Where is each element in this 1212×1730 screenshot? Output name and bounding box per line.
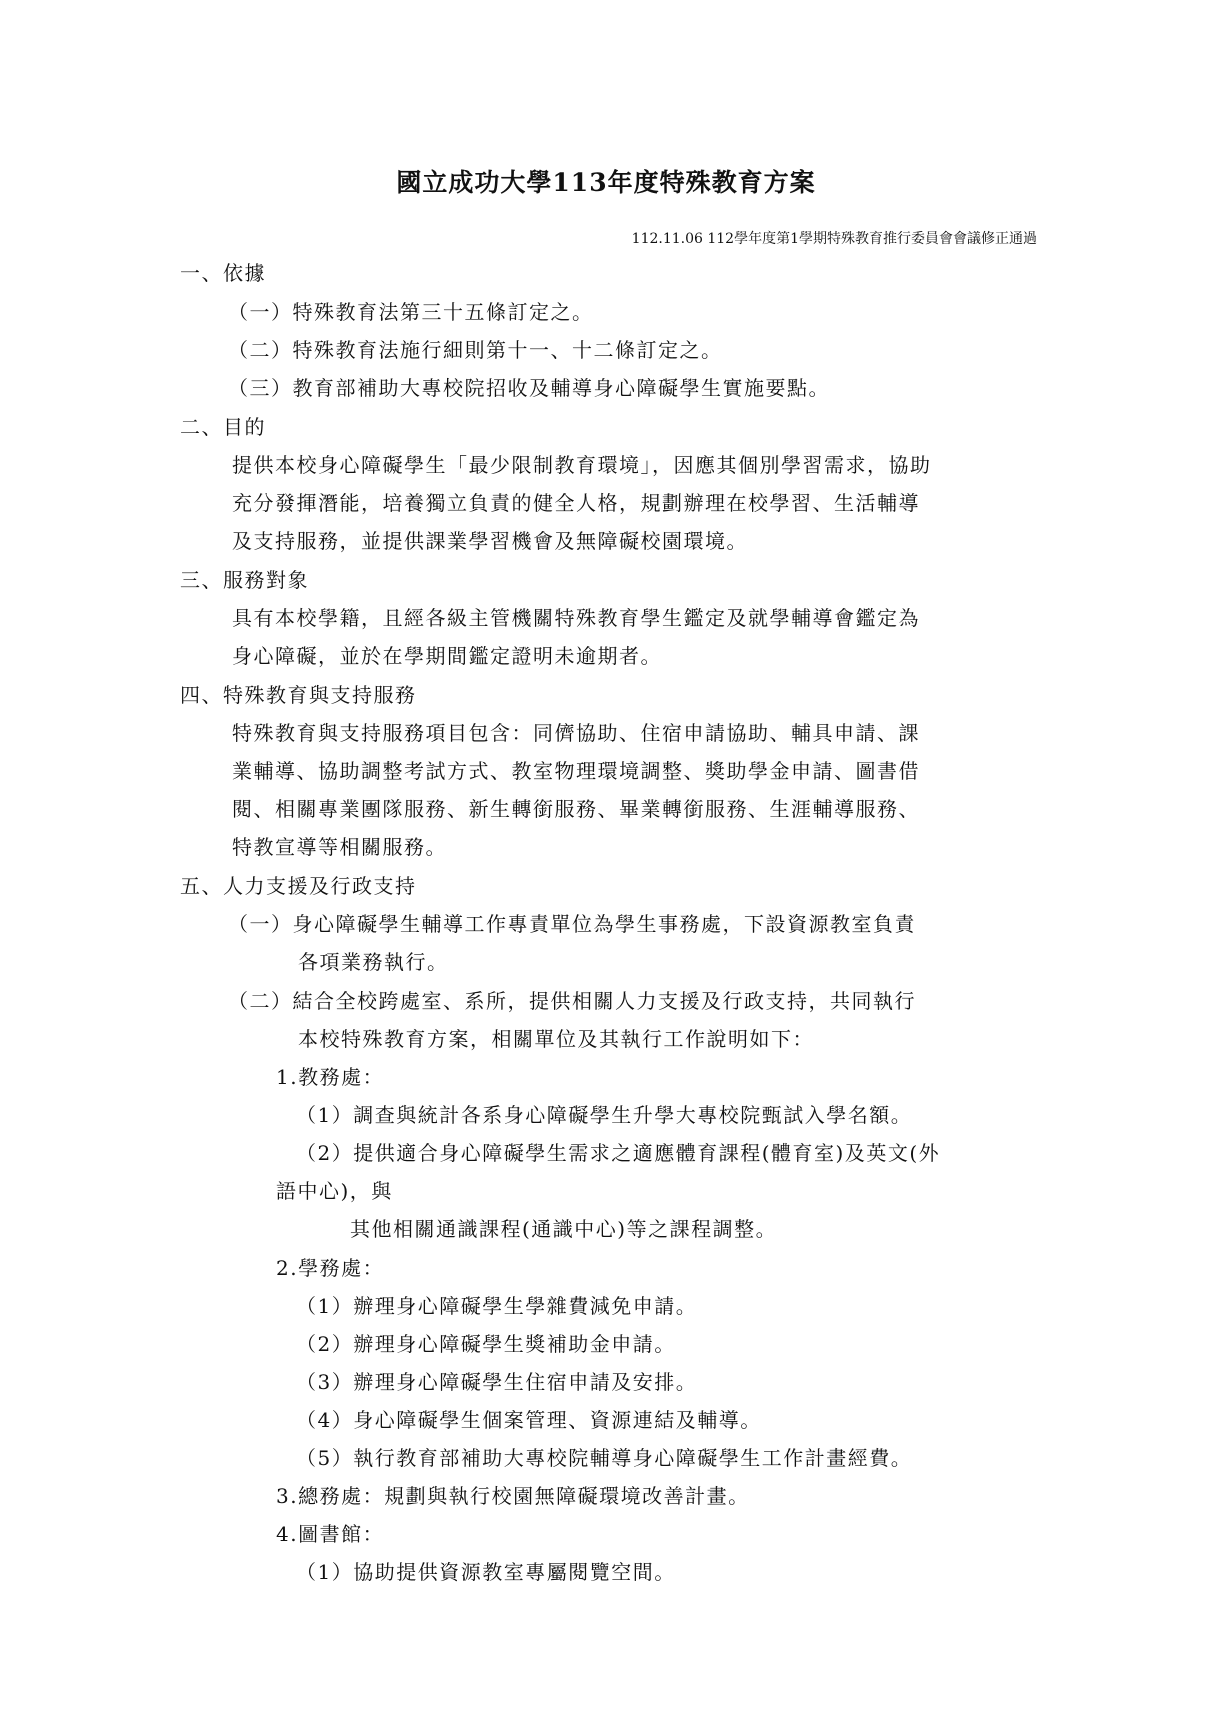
unit-label: 4.圖書館： xyxy=(276,1519,384,1549)
paragraph-line: 提供本校身心障礙學生「最少限制教育環境」，因應其個別學習需求，協助 xyxy=(232,450,932,480)
paragraph-line: 具有本校學籍，且經各級主管機關特殊教育學生鑑定及就學輔導會鑑定為 xyxy=(232,603,920,633)
unit-task: （4）身心障礙學生個案管理、資源連結及輔導。 xyxy=(296,1405,762,1435)
list-item: （二）結合全校跨處室、系所，提供相關人力支援及行政支持，共同執行 xyxy=(228,986,916,1016)
document-subtitle: 112.11.06 112學年度第1學期特殊教育推行委員會會議修正通過 xyxy=(632,228,1037,250)
unit-label: 2.學務處： xyxy=(276,1253,384,1283)
section-heading: 一、依據 xyxy=(180,258,266,288)
section-heading: 三、服務對象 xyxy=(180,565,309,595)
section-heading: 四、特殊教育與支持服務 xyxy=(180,680,417,710)
unit-label: 3.總務處：規劃與執行校園無障礙環境改善計畫。 xyxy=(276,1481,750,1511)
paragraph-line: 閱、相關專業團隊服務、新生轉銜服務、畢業轉銜服務、生涯輔導服務、 xyxy=(232,794,920,824)
paragraph-line: 特殊教育與支持服務項目包含：同儕協助、住宿申請協助、輔具申請、課 xyxy=(232,718,920,748)
section-heading: 二、目的 xyxy=(180,412,266,442)
paragraph-line: 充分發揮潛能，培養獨立負責的健全人格，規劃辦理在校學習、生活輔導 xyxy=(232,488,920,518)
unit-label: 1.教務處： xyxy=(276,1062,384,1092)
list-item-continuation: 本校特殊教育方案，相關單位及其執行工作說明如下： xyxy=(298,1024,814,1054)
paragraph-line: 業輔導、協助調整考試方式、教室物理環境調整、獎助學金申請、圖書借 xyxy=(232,756,920,786)
unit-task: （1）協助提供資源教室專屬閱覽空間。 xyxy=(296,1557,676,1587)
unit-task: （3）辦理身心障礙學生住宿申請及安排。 xyxy=(296,1367,697,1397)
list-item: （三）教育部補助大專校院招收及輔導身心障礙學生實施要點。 xyxy=(228,373,830,403)
list-item-continuation: 各項業務執行。 xyxy=(298,947,449,977)
list-item: （一）身心障礙學生輔導工作專責單位為學生事務處，下設資源教室負責 xyxy=(228,909,916,939)
unit-task: （5）執行教育部補助大專校院輔導身心障礙學生工作計畫經費。 xyxy=(296,1443,912,1473)
list-item: （一）特殊教育法第三十五條訂定之。 xyxy=(228,297,594,327)
section-heading: 五、人力支援及行政支持 xyxy=(180,871,417,901)
paragraph-line: 及支持服務，並提供課業學習機會及無障礙校園環境。 xyxy=(232,526,748,556)
paragraph-line: 身心障礙，並於在學期間鑑定證明未逾期者。 xyxy=(232,641,662,671)
document-page: 國立成功大學113年度特殊教育方案 112.11.06 112學年度第1學期特殊… xyxy=(0,0,1212,1730)
unit-task-continuation: 語中心)，與 xyxy=(276,1176,393,1206)
list-item: （二）特殊教育法施行細則第十一、十二條訂定之。 xyxy=(228,335,723,365)
paragraph-line: 特教宣導等相關服務。 xyxy=(232,832,447,862)
unit-task: （1）辦理身心障礙學生學雜費減免申請。 xyxy=(296,1291,697,1321)
unit-task: （2）辦理身心障礙學生獎補助金申請。 xyxy=(296,1329,676,1359)
unit-task: （2）提供適合身心障礙學生需求之適應體育課程(體育室)及英文(外 xyxy=(296,1138,940,1168)
unit-task: （1）調查與統計各系身心障礙學生升學大專校院甄試入學名額。 xyxy=(296,1100,912,1130)
document-title: 國立成功大學113年度特殊教育方案 xyxy=(0,163,1212,203)
unit-task-continuation: 其他相關通識課程(通識中心)等之課程調整。 xyxy=(350,1214,777,1244)
